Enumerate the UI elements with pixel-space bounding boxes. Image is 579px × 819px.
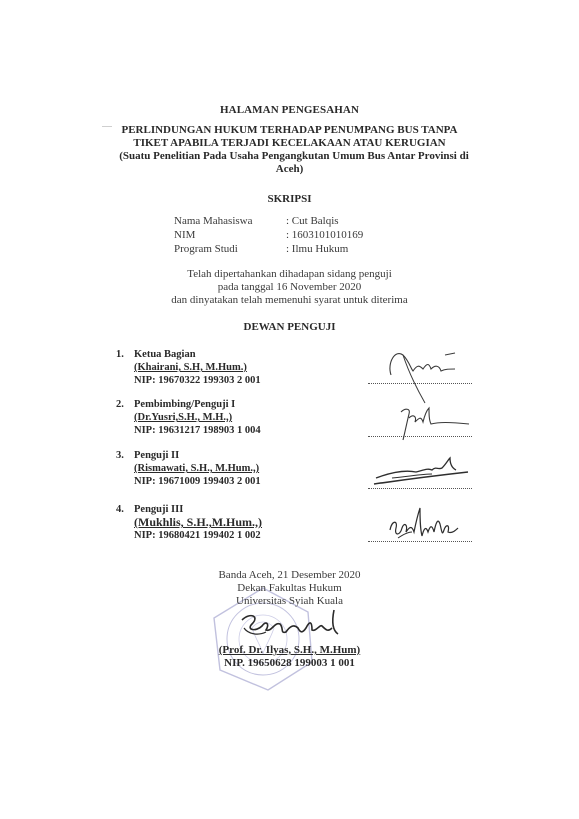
examiner-number: 2. bbox=[116, 398, 124, 411]
student-name-row: Nama Mahasiswa: Cut Balqis bbox=[174, 215, 339, 227]
student-nim-value: : 1603101010169 bbox=[286, 229, 363, 241]
dean-signature-icon bbox=[236, 606, 346, 642]
examiner-name: (Rismawati, S.H., M.Hum.,) bbox=[134, 462, 261, 475]
thesis-subtitle-line-1: (Suatu Penelitian Pada Usaha Pengangkuta… bbox=[104, 150, 484, 162]
student-nim-label: NIM bbox=[174, 229, 286, 241]
thesis-title-line-2: TIKET APABILA TERJADI KECELAKAAN ATAU KE… bbox=[0, 137, 579, 149]
examiner-number: 1. bbox=[116, 348, 124, 361]
examiner-nip: NIP: 19670322 199303 2 001 bbox=[134, 374, 261, 387]
signature-3-icon bbox=[372, 456, 472, 490]
dean-name-row: (Prof. Dr. Ilyas, S.H., M.Hum) bbox=[0, 644, 579, 656]
examiner-nip: NIP: 19680421 199402 1 002 bbox=[134, 529, 262, 542]
examiner-role: Ketua Bagian bbox=[134, 348, 261, 361]
page-title: HALAMAN PENGESAHAN bbox=[0, 104, 579, 116]
statement-line-2: pada tanggal 16 November 2020 bbox=[0, 281, 579, 293]
signature-2-icon bbox=[395, 404, 475, 444]
study-program-value: : Ilmu Hukum bbox=[286, 243, 348, 255]
dean-position: Dekan Fakultas Hukum bbox=[0, 582, 579, 594]
signature-1-icon bbox=[383, 343, 473, 405]
examiner-role: Pembimbing/Penguji I bbox=[134, 398, 261, 411]
study-program-label: Program Studi bbox=[174, 243, 286, 255]
examiner-nip: NIP: 19631217 198903 1 004 bbox=[134, 424, 261, 437]
student-name-value: : Cut Balqis bbox=[286, 215, 339, 227]
signature-4-icon bbox=[386, 506, 468, 546]
examiner-nip: NIP: 19671009 199403 2 001 bbox=[134, 475, 261, 488]
examiner-name: (Mukhlis, S.H.,M.Hum.,) bbox=[134, 516, 262, 529]
place-and-date: Banda Aceh, 21 Desember 2020 bbox=[0, 569, 579, 581]
statement-line-3: dan dinyatakan telah memenuhi syarat unt… bbox=[0, 294, 579, 306]
thesis-subtitle-line-2: Aceh) bbox=[0, 163, 579, 175]
dean-name: (Prof. Dr. Ilyas, S.H., M.Hum) bbox=[219, 644, 360, 656]
student-nim-row: NIM: 1603101010169 bbox=[174, 229, 363, 241]
examiner-name: (Dr.Yusri,S.H., M.H.,) bbox=[134, 411, 261, 424]
examiner-role: Penguji II bbox=[134, 449, 261, 462]
statement-line-1: Telah dipertahankan dihadapan sidang pen… bbox=[0, 268, 579, 280]
examiner-number: 3. bbox=[116, 449, 124, 462]
document-type: SKRIPSI bbox=[0, 193, 579, 205]
dean-nip: NIP. 19650628 199003 1 001 bbox=[0, 657, 579, 669]
examiner-name: (Khairani, S.H, M.Hum.) bbox=[134, 361, 261, 374]
examiner-board-heading: DEWAN PENGUJI bbox=[0, 321, 579, 333]
student-name-label: Nama Mahasiswa bbox=[174, 215, 286, 227]
study-program-row: Program Studi: Ilmu Hukum bbox=[174, 243, 348, 255]
examiner-number: 4. bbox=[116, 503, 124, 516]
thesis-title-line-1: PERLINDUNGAN HUKUM TERHADAP PENUMPANG BU… bbox=[0, 124, 579, 136]
